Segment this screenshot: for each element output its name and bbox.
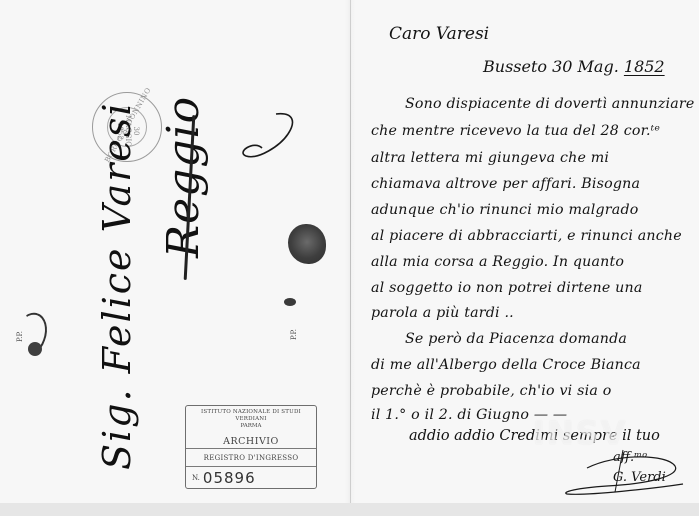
archive-institution: ISTITUTO NAZIONALE DI STUDI VERDIANI: [186, 409, 316, 423]
body-line: adunque ch'io rinunci mio malgrado: [371, 202, 638, 218]
body-line: al piacere di abbracciarti, e rinunci an…: [371, 228, 682, 244]
body-line: al soggetto io non potrei dirtene una: [371, 280, 642, 296]
small-postal-stamp: P.P.: [290, 329, 298, 340]
place-date: Busseto 30 Mag.: [483, 57, 619, 76]
body-line: che mentre ricevevo la tua del 28 cor.ᵗᵉ: [371, 123, 660, 139]
body-line: Sono dispiacente di dovertì annunziare: [405, 96, 694, 112]
salutation: Caro Varesi: [389, 24, 489, 44]
archive-number-label: N.: [192, 474, 200, 482]
archive-number-row: N. 05896: [186, 467, 316, 488]
body-line: di me all'Albergo della Croce Bianca: [371, 357, 641, 373]
body-line: altra lettera mi giungeva che mi: [371, 150, 609, 166]
recipient-city: Reggio: [158, 96, 209, 258]
archive-register-label: REGISTRO D'INGRESSO: [186, 449, 316, 467]
scan-bottom-band: [0, 503, 699, 516]
archive-title: ARCHIVIO: [186, 436, 316, 447]
body-line: parola a più tardi ..: [371, 305, 514, 321]
dateline: Busseto 30 Mag. 1852: [483, 57, 665, 76]
archive-number: 05896: [203, 469, 256, 487]
small-postal-stamp-left: P.P.: [16, 331, 24, 342]
archive-registration-stamp: ISTITUTO NAZIONALE DI STUDI VERDIANI PAR…: [185, 405, 317, 489]
body-line: chiamava altrove per affari. Bisogna: [371, 176, 640, 192]
wax-seal-fragment: [284, 298, 296, 306]
wax-seal-left: [28, 342, 42, 356]
wax-seal: [288, 224, 326, 264]
signature-flourish-icon: [557, 448, 687, 498]
recipient-name: Sig. Felice Varesi: [95, 101, 139, 470]
body-line: perchè è probabile, ch'io vi sia o: [371, 383, 611, 399]
archive-watermark: INSV: [533, 414, 653, 452]
year: 1852: [624, 57, 665, 76]
body-line: alla mia corsa a Reggio. In quanto: [371, 254, 624, 270]
body-line: Se però da Piacenza domanda: [405, 331, 627, 347]
address-page: BORGO S. DONNINO 30 MAGGIO 1852 Sig. Fel…: [0, 0, 350, 503]
archive-stamp-header: ISTITUTO NAZIONALE DI STUDI VERDIANI PAR…: [186, 406, 316, 449]
archive-city: PARMA: [186, 423, 316, 430]
address-flourish-icon: [238, 110, 298, 170]
